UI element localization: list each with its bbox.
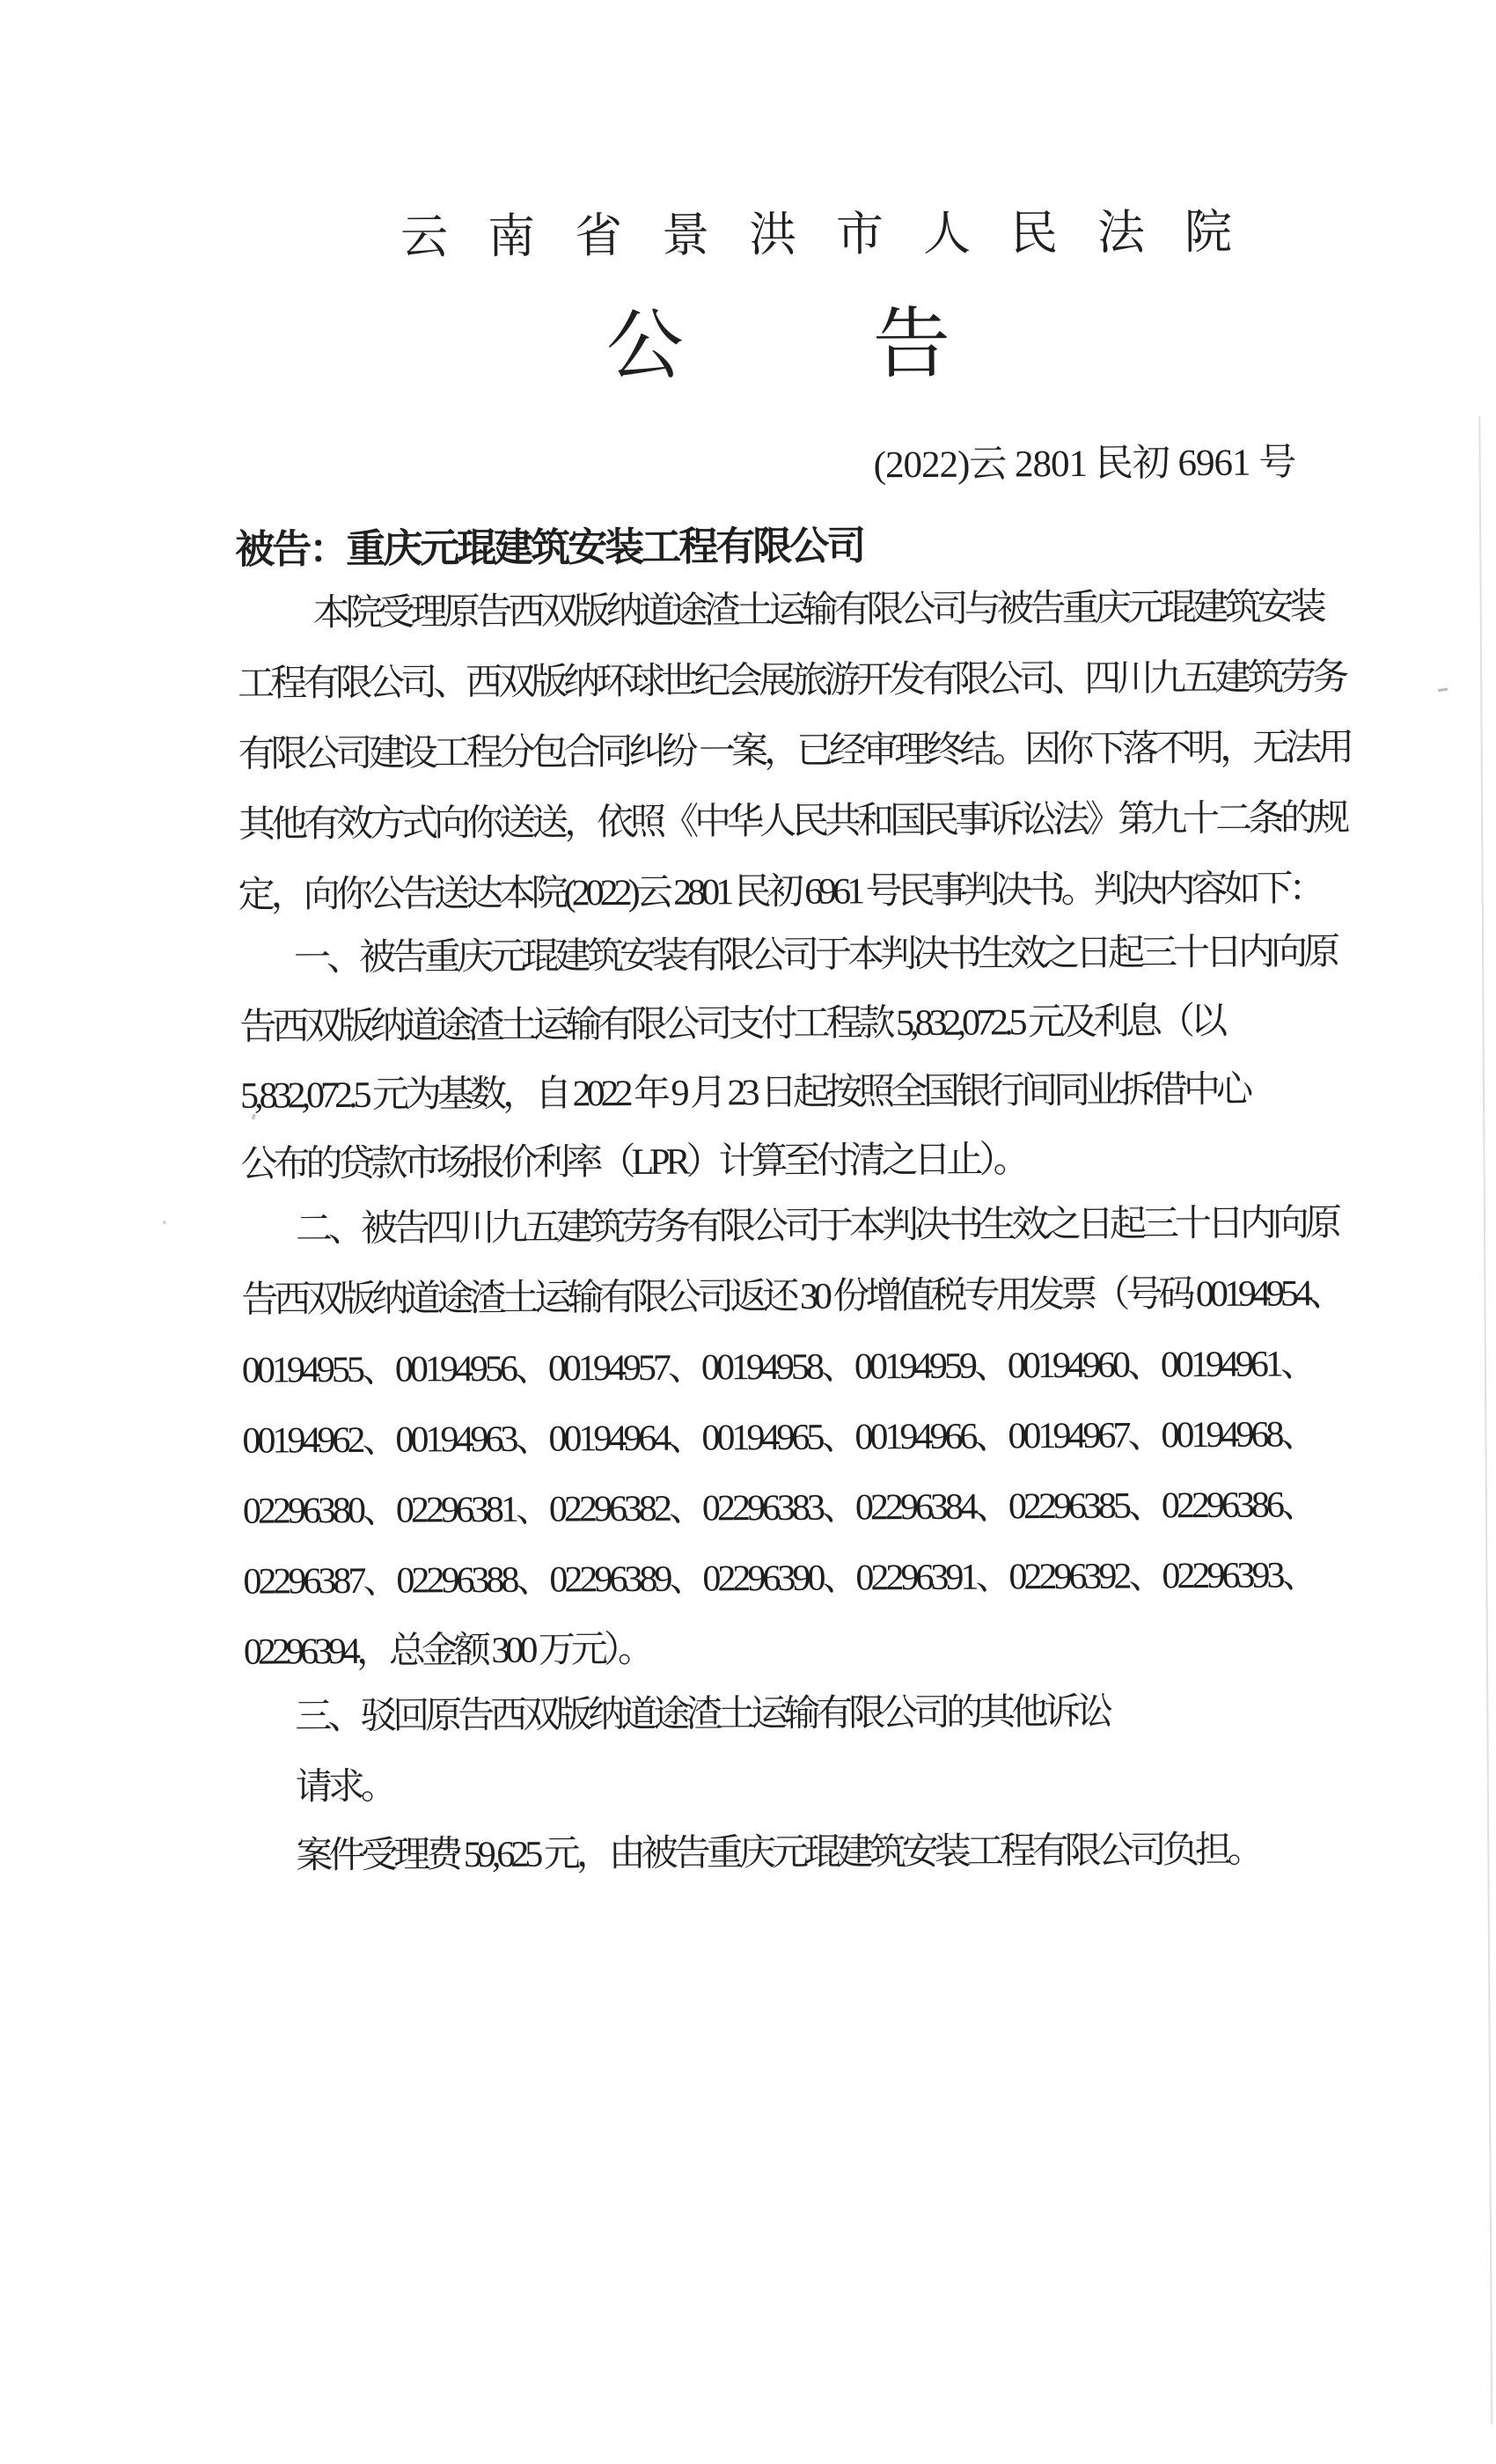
body-line: 二、被告四川九五建筑劳务有限公司于本判决书生效之日起三十日内向原 [296, 1193, 1338, 1252]
scan-speck [1438, 688, 1448, 693]
notice-title: 公 告 [605, 282, 950, 395]
document-content: 云南省景洪市人民法院 公 告 (2022)云 2801 民初 6961 号 被告… [0, 0, 1496, 2464]
body-line: 工程有限公司、西双版纳环球世纪会展旅游开发有限公司、四川九五建筑劳务 [238, 648, 1345, 708]
body-line: 案件受理费 59,625 元，由被告重庆元琨建筑安装工程有限公司负担。 [296, 1821, 1260, 1880]
body-line: 告西双版纳道途渣土运输有限公司支付工程款 5,832,072.5 元及利息（以 [239, 992, 1223, 1051]
body-line: 5,832,072.5 元为基数，自 2022 年 9 月 23 日起按照全国银… [240, 1060, 1249, 1119]
body-line-invoice-numbers: 00194962、00194963、00194964、00194965、0019… [242, 1404, 1314, 1463]
body-line-invoice-numbers: 02296380、02296381、02296382、02296383、0229… [243, 1475, 1315, 1534]
body-line: 有限公司建设工程分包合同纠纷 一案，已经审理终结。因你下落不明，无法用 [238, 718, 1350, 778]
body-line: 三、驳回原告西双版纳道途渣土运输有限公司的其他诉讼 [295, 1683, 1109, 1741]
body-line-invoice-numbers: 02296387、02296388、02296389、02296390、0229… [243, 1545, 1315, 1604]
body-line-invoice-numbers: 00194955、00194956、00194957、00194958、0019… [242, 1334, 1314, 1393]
case-number: (2022)云 2801 民初 6961 号 [873, 432, 1295, 488]
body-line: 定，向你公告送达本院(2022)云 2801 民初 6961 号民事判决书。判决… [238, 859, 1321, 919]
court-name-title: 云南省景洪市人民法院 [400, 194, 1272, 268]
notice-title-char-gong: 公 [605, 284, 684, 396]
scan-speck [163, 1221, 166, 1224]
body-line: 请求。 [296, 1757, 393, 1811]
body-line: 一、被告重庆元琨建筑安装有限公司于本判决书生效之日起三十日内向原 [294, 922, 1336, 981]
scanned-court-notice-page: 云南省景洪市人民法院 公 告 (2022)云 2801 民初 6961 号 被告… [0, 0, 1496, 2464]
body-line: 其他有效方式向你送送，依照《中华人民共和国民事诉讼法》第九十二条的规 [238, 788, 1346, 848]
body-line: 02296394，总金额 300 万元）。 [244, 1620, 650, 1676]
body-line: 公布的贷款市场报价利率（LPR）计算至付清之日止）。 [240, 1130, 1025, 1187]
notice-title-char-gao: 告 [872, 282, 950, 394]
scan-edge-artifact [1478, 416, 1492, 2424]
body-line: 告西双版纳道途渣土运输有限公司返还 30 份增值税专用发票（号码 0019495… [241, 1264, 1341, 1324]
defendant-line: 被告：重庆元琨建筑安装工程有限公司 [235, 513, 863, 574]
body-line: 本院受理原告西双版纳道途渣土运输有限公司与被告重庆元琨建筑安装 [312, 577, 1322, 636]
